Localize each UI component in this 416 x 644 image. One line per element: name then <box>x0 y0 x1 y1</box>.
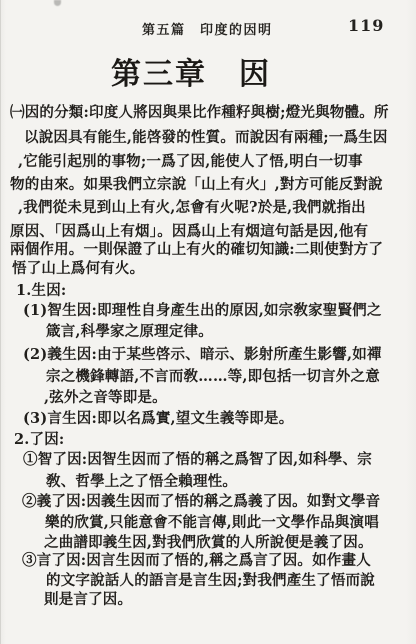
body-line: ③言了因:因言生因而了悟的,稱之爲言了因。如作畫人 <box>22 551 371 570</box>
body-line: 悟了山上爲何有火。 <box>12 259 144 278</box>
body-line: 的文字說話人的語言是言生因;對我們產生了悟而說 <box>46 571 375 590</box>
running-title: 第五篇 印度的因明 <box>142 19 273 38</box>
body-line: ①智了因:因智生因而了悟的稱之爲智了因,如科學、宗 <box>23 450 372 469</box>
body-line: 敎、哲學上之了悟全賴理性。 <box>46 472 237 491</box>
body-line: ㈠因的分類:印度人將因與果比作種籽與樹;燈光與物體。所 <box>10 103 389 122</box>
body-line: ,我們從未見到山上有火,怎會有火呢?於是,我們就指出 <box>18 198 366 217</box>
body-line: 2.了因: <box>14 430 65 449</box>
body-line: (2)義生因:由于某些啓示、暗示、影射所產生影響,如禪 <box>23 345 382 364</box>
chapter-title: 第三章 因 <box>111 49 271 93</box>
body-line: 1.生因: <box>16 281 67 300</box>
body-line: 原因、「因爲山上有烟」。因爲山上有烟這句話是因,他有 <box>10 222 368 241</box>
body-line: 之曲譜即義生因,對我們欣賞的人所說便是義了因。 <box>44 533 373 552</box>
body-line: 以說因具有能生,能啓發的性質。而說因有兩種;一爲生因 <box>24 128 388 147</box>
scan-smudge <box>54 0 61 6</box>
body-line: 箴言,科學家之原理定律。 <box>46 322 213 341</box>
body-line: ,它能引起別的事物;一爲了因,能使人了悟,明白一切事 <box>18 152 363 171</box>
body-line: 物的由來。如果我們立宗說「山上有火」,對方可能反對說 <box>10 175 383 194</box>
book-page: 第五篇 印度的因明 119 第三章 因 ㈠因的分類:印度人將因與果比作種籽與樹;… <box>0 0 416 644</box>
body-line: ,弦外之音等即是。 <box>44 388 167 407</box>
body-line: 宗之機鋒轉語,不言而敎……等,即包括一切言外之意 <box>46 367 380 386</box>
body-line: 兩個作用。一則保證了山上有火的確切知識:二則使對方了 <box>10 240 383 259</box>
page-number: 119 <box>348 16 384 35</box>
body-line: (1)智生因:即理性自身產生出的原因,如宗敎家聖賢們之 <box>23 301 382 320</box>
body-line: ②義了因:因義生因而了悟的稱之爲義了因。如對文學音 <box>22 492 380 511</box>
body-line: 則是言了因。 <box>44 590 132 609</box>
body-line: 樂的欣賞,只能意會不能言傳,則此一文學作品與演唱 <box>45 513 379 532</box>
body-line: (3)言生因:即以名爲實,望文生義等即是。 <box>23 409 293 428</box>
